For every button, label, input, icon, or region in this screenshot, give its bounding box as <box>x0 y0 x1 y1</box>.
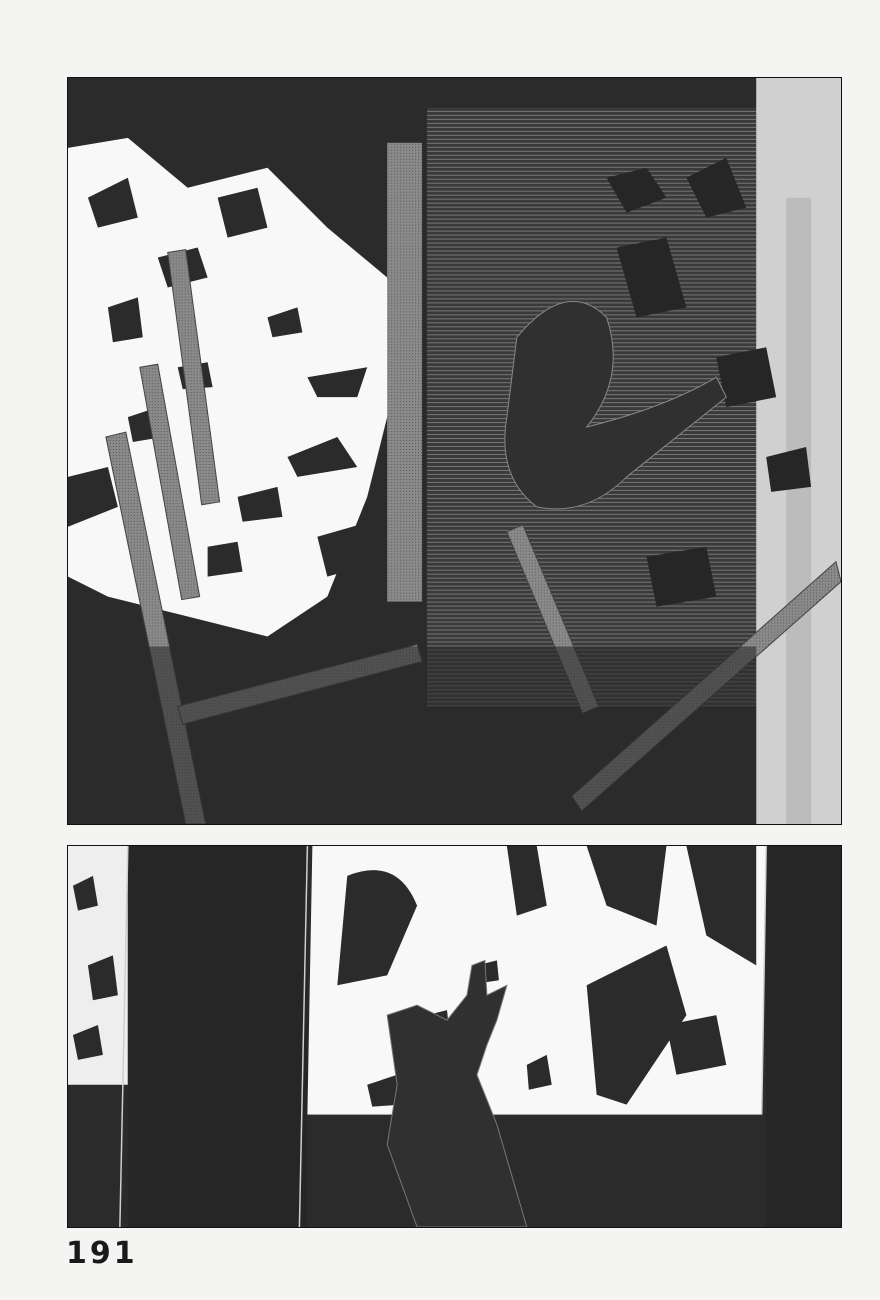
page-number: 191 <box>66 1236 138 1271</box>
panel-top-art <box>68 78 841 824</box>
panel-bottom-art <box>68 846 841 1227</box>
manga-panel-top <box>67 77 842 825</box>
manga-panel-bottom <box>67 845 842 1228</box>
